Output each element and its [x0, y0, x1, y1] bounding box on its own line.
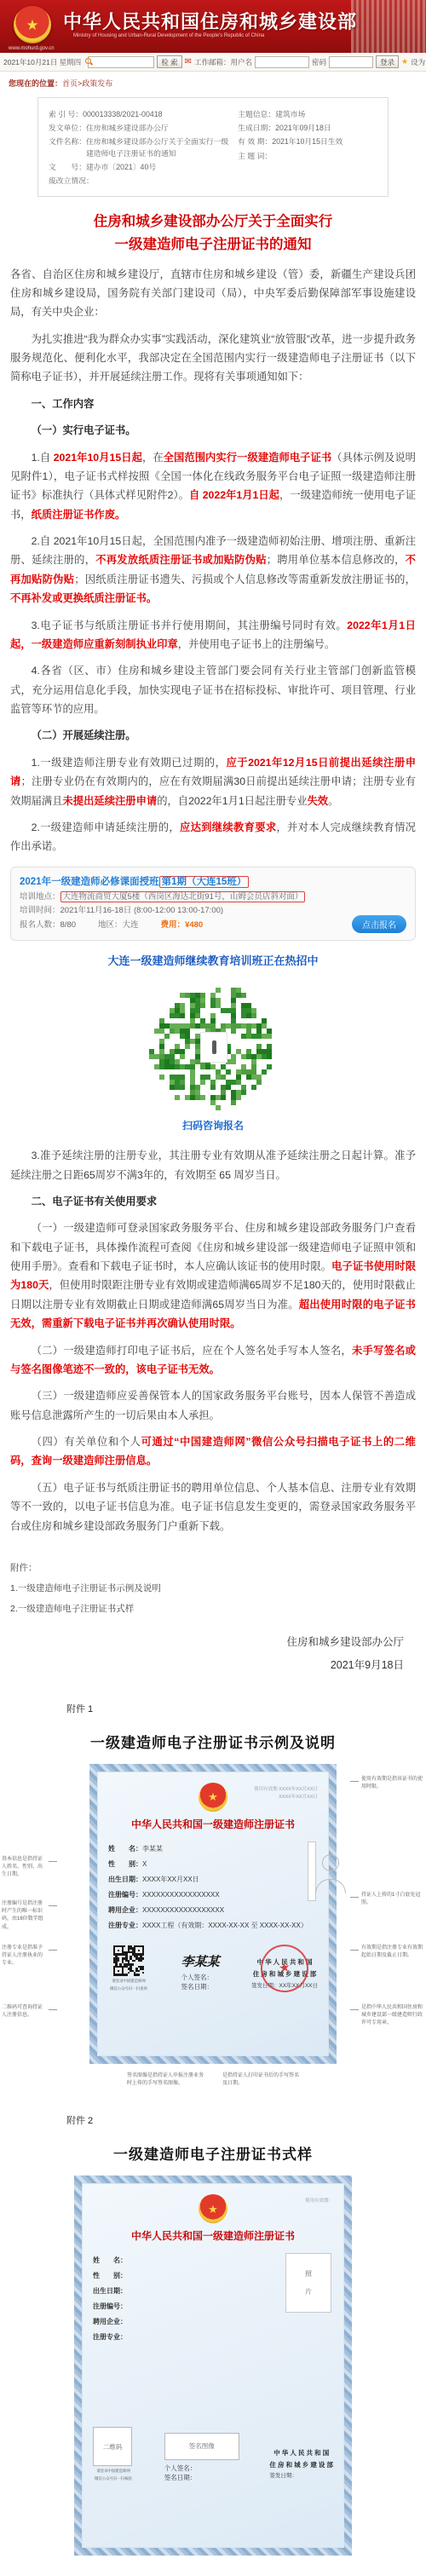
cert2-qr-block: 二维码 请登录中国建造师网 微信公众号扫一扫核验 — [93, 2427, 134, 2481]
set-home-link[interactable]: 设为首页 — [411, 57, 426, 67]
meta-row: 有 效 期：2021年10月15日生效 — [238, 136, 383, 147]
body-text: 的，自2022年1月1日起注册专业 — [157, 795, 307, 807]
attachment-link[interactable]: 2.一级建造师电子注册证书式样 — [10, 1599, 416, 1619]
breadcrumb-path[interactable]: 首页>政策发布 — [62, 79, 112, 88]
body-text: 3.准予延续注册的注册专业，其注册专业有效期从准予延续注册之日起计算。准予延续注… — [10, 1150, 416, 1180]
cert-field-row: 注册编号： — [93, 2299, 127, 2314]
emphasis-text: 未提出延续注册申请 — [63, 795, 158, 807]
ad-time-value: 2021年11月16-18日 (8:00-12:00 13:00-17:00) — [60, 906, 224, 915]
meta-value: 2021年10月15日生效 — [272, 136, 343, 147]
cert-field-label: 姓 名： — [108, 1845, 142, 1853]
body-text: 二、电子证书有关使用要求 — [32, 1196, 158, 1207]
meta-label: 主 题 词： — [238, 151, 272, 162]
body-text: （四）有关单位和个人 — [32, 1436, 141, 1448]
password-input[interactable] — [329, 56, 373, 68]
body-text: 为扎实推进“我为群众办实事”实践活动，深化建筑业“放管服”改革，进一步提升政务服… — [10, 333, 416, 383]
meta-row: 生成日期：2021年09月18日 — [238, 123, 383, 134]
breadcrumb: 您现在的位置：首页>政策发布 — [0, 72, 426, 92]
section-heading: （一）实行电子证书。 — [10, 421, 416, 440]
password-label: 密码 — [312, 57, 326, 67]
signoff-org: 住房和城乡建设部办公厅 — [22, 1631, 404, 1653]
cert-field-label: 注册专业： — [108, 1922, 142, 1929]
body-text: 1.一级建造师注册专业有效期已过期的， — [32, 757, 227, 769]
emphasis-text: 纸质注册证书作废。 — [32, 509, 126, 521]
body-text: （三）一级建造师应妥善保管本人的国家政务服务平台账号，因本人保管不善造成账号信息… — [10, 1390, 416, 1421]
cert-field-row: 性 别： — [93, 2268, 127, 2284]
emphasis-text: 应达到继续教育要求 — [180, 821, 276, 833]
login-button[interactable]: 登录 — [376, 55, 399, 68]
paragraph: 2.自 2021年10月15日起，全国范围内准予一级建造师初始注册、增项注册、重… — [10, 532, 416, 608]
paragraph: 3.准予延续注册的注册专业，其注册专业有效期从准予延续注册之日起计算。准予延续注… — [10, 1146, 416, 1184]
cert1-issuer: ★ 中 华 人 民 共 和 国 住 房 和 城 乡 建 设 部 签发日期：XX年… — [251, 1956, 318, 1991]
cert-field-value: 李某某 — [142, 1845, 163, 1853]
paragraph: 为扎实推进“我为群众办实事”实践活动，深化建筑业“放管服”改革，进一步提升政务服… — [10, 330, 416, 387]
current-date: 2021年10月21日 星期四 — [3, 57, 83, 67]
meta-value: 住房和城乡建设部办公厅 — [86, 123, 169, 134]
cert2-issuer: 中 华 人 民 共 和 国 住 房 和 城 乡 建 设 部 签发日期： — [269, 2447, 333, 2482]
meta-label: 索 引 号： — [49, 109, 83, 120]
cert1-qr-code — [113, 1945, 144, 1976]
document-meta-card: 索 引 号：000013338/2021-00418发文单位：住房和城乡建设部办… — [37, 97, 389, 197]
body-text: （五）电子证书与纸质注册证书的聘用单位信息、个人基本信息、注册专业有效期等不一致… — [10, 1482, 416, 1532]
attachments-label: 附件： — [10, 1558, 416, 1578]
callout-annotation: 基本信息是指持证人姓名、性别、出生日期。 — [2, 1856, 46, 1880]
building-photo — [351, 0, 426, 53]
cert-field-row: 注册编号：XXXXXXXXXXXXXXXXX — [108, 1887, 308, 1903]
cert-field-label: 性 别： — [108, 1860, 142, 1868]
page: ★ 中华人民共和国住房和城乡建设部 Ministry of Housing an… — [0, 0, 426, 2576]
meta-label: 文件名称： — [49, 136, 86, 158]
ad-region-value: 大连 — [123, 920, 139, 930]
paragraph: 各省、自治区住房和城乡建设厅，直辖市住房和城乡建设（管）委，新疆生产建设兵团住房… — [10, 265, 416, 322]
ad-location-label: 培训地点： — [20, 892, 60, 902]
ad-fee-label: 费用： — [161, 920, 186, 930]
meta-row: 废改立情况： — [49, 176, 233, 187]
cert2-signature-image-box: 签名图像 — [164, 2433, 239, 2460]
body-text: ；因纸质注册证书遗失、污损或个人信息修改等需重新发放注册证书的， — [74, 573, 416, 585]
meta-label: 生成日期： — [238, 123, 275, 134]
meta-value: 000013338/2021-00418 — [83, 109, 162, 120]
cert-field-row: 姓 名：李某某 — [108, 1841, 308, 1857]
body-text: 4.各省（区、市）住房和城乡建设主管部门要会同有关行业主管部门创新监管模式，充分… — [10, 665, 416, 715]
document-title: 住房和城乡建设部办公厅关于全面实行 一级建造师电子注册证书的通知 — [12, 210, 414, 256]
cert1-annotations-bottom: 签名图像是指持证人申报注册业务时上传的手写签名图像。是指持证人打印证书后的手写签… — [77, 2072, 349, 2089]
ad-count-label: 报名人数： — [20, 920, 60, 930]
emphasis-text: 自 2022年1月1日起 — [189, 489, 279, 501]
meta-row: 索 引 号：000013338/2021-00418 — [49, 109, 233, 120]
callout-annotation: 注册编号是指注册时产生的唯一标识码，由16位数字组成。 — [2, 1900, 46, 1932]
paragraph: 1.自 2021年10月15日起，在全国范围内实行一级建造师电子证书（具体示例及… — [10, 448, 416, 525]
cert2-qr-box: 二维码 — [93, 2427, 132, 2466]
emphasis-text: 全国范围内实行一级建造师电子证书 — [164, 452, 332, 464]
body-text: 。 — [328, 795, 338, 807]
training-ad-box: 2021年一级建造师必修课面授班第1期（大连15班） 培训地点：大连物流商贸大厦… — [10, 867, 416, 941]
emphasis-text: 不再补发或更换纸质注册证书。 — [10, 592, 157, 604]
attachments-note: 附件： 1.一级建造师电子注册证书示例及说明2.一级建造师电子注册证书式样 — [0, 1558, 426, 1619]
cert-field-label: 出生日期： — [108, 1876, 142, 1883]
body-text: （一）实行电子证书。 — [32, 424, 136, 436]
certificate1-figure: 使用有效期 XXXX年XX月XX日 XXXX年XX月XX日 ★ 中华人民共和国一… — [0, 1764, 426, 2064]
signoff-date: 2021年9月18日 — [22, 1654, 404, 1676]
cert1-photo-placeholder — [308, 1841, 316, 1901]
meta-value: 建办市〔2021〕40号 — [86, 162, 156, 173]
meta-row: 主题信息：建筑市场 — [238, 109, 383, 120]
search-button[interactable]: 检 索 — [157, 55, 181, 68]
cert-field-value: XXXXXXXXXXXXXXXXX — [142, 1891, 220, 1899]
cert2-title: 中华人民共和国一级建造师注册证书 — [93, 2228, 333, 2243]
emphasis-text: 2021年10月15日起 — [54, 452, 142, 464]
site-title: 中华人民共和国住房和城乡建设部 — [63, 8, 357, 34]
cert-field-label: 注册编号： — [108, 1891, 142, 1899]
username-input[interactable] — [255, 56, 309, 68]
cert-field-row: 出生日期：XXXX年XX月XX日 — [108, 1872, 308, 1887]
cert-field-row: 出生日期： — [93, 2284, 127, 2299]
cert-field-label: 注册编号： — [93, 2302, 127, 2310]
mailbox-label: 工作邮箱：用户名 — [194, 57, 252, 67]
cert1-fields: 姓 名：李某某性 别：X出生日期：XXXX年XX月XX日注册编号：XXXXXXX… — [108, 1841, 308, 1933]
search-input[interactable] — [88, 56, 154, 68]
paragraph: （三）一级建造师应妥善保管本人的国家政务服务平台账号，因本人保管不善造成账号信息… — [10, 1386, 416, 1425]
body-text: （二）一级建造师打印电子证书后，应在个人签名处手写本人签名， — [32, 1345, 352, 1357]
body-text: 一、工作内容 — [32, 398, 95, 410]
cert-field-label: 聘用企业： — [93, 2318, 127, 2325]
meta-row: 主 题 词： — [238, 151, 383, 162]
callout-annotation: 签名图像是指持证人申报注册业务时上传的手写签名图像。 — [127, 2072, 204, 2089]
certificate2: 使用有效期： ★ 中华人民共和国一级建造师注册证书 姓 名：性 别：出生日期：注… — [74, 2175, 352, 2556]
attachment2-title: 一级建造师电子注册证书式样 — [0, 2142, 426, 2164]
meta-row: 文件名称：住房和城乡建设部办公厅关于全面实行一级建造师电子注册证书的通知 — [49, 136, 233, 158]
section-heading: （二）开展延续注册。 — [10, 726, 416, 745]
body-text: ，在 — [142, 452, 164, 464]
section-heading: 一、工作内容 — [10, 395, 416, 413]
cert-field-row: 聘用企业： — [93, 2314, 127, 2330]
star-icon: ★ — [401, 58, 408, 66]
cert1-title: 中华人民共和国一级建造师注册证书 — [108, 1817, 318, 1831]
document-title-line1: 住房和城乡建设部办公厅关于全面实行 — [12, 210, 414, 233]
cert1-qr-caption2: 微信公众号扫一扫查询 — [108, 1985, 149, 1991]
paragraph: 1.一级建造师注册专业有效期已过期的，应于2021年12月15日前提出延续注册申… — [10, 753, 416, 810]
cert-field-row: 注册专业：XXXX工程（有效期：XXXX-XX-XX 至 XXXX-XX-XX） — [108, 1918, 308, 1933]
cert-field-label: 性 别： — [93, 2272, 127, 2279]
cert-field-label: 姓 名： — [93, 2256, 127, 2264]
certificate1: 使用有效期 XXXX年XX月XX日 XXXX年XX月XX日 ★ 中华人民共和国一… — [89, 1764, 337, 2064]
body-text: 3.电子证书与纸质注册证书并行使用期间，其注册编号同时有效。 — [32, 620, 348, 631]
cert1-qr-caption1: 请登录中国建造师网 — [108, 1978, 149, 1984]
cert-field-value: X — [142, 1860, 147, 1868]
cert-field-row: 聘用企业：XXXXXXXXXXXXXXXXXX — [108, 1903, 308, 1918]
mail-icon: ✉ — [185, 58, 192, 66]
wechat-qr-code — [149, 983, 277, 1110]
cert-field-row: 注册专业： — [93, 2330, 127, 2345]
meta-value: 住房和城乡建设部办公厅关于全面实行一级建造师电子注册证书的通知 — [86, 136, 233, 158]
toolbar: 2021年10月21日 星期四 检 索 ✉ 工作邮箱：用户名 密码 登录 ★ 设… — [0, 53, 426, 72]
signoff: 住房和城乡建设部办公厅 2021年9月18日 — [0, 1631, 426, 1676]
meta-value: 建筑市场 — [275, 109, 305, 120]
paragraph: （四）有关单位和个人可通过“中国建造师网”微信公众号扫描电子证书上的二维码，查询… — [10, 1432, 416, 1471]
body-text: 2.一级建造师申请延续注册的， — [32, 821, 180, 833]
site-banner: ★ 中华人民共和国住房和城乡建设部 Ministry of Housing an… — [0, 0, 426, 53]
meta-row: 发文单位：住房和城乡建设部办公厅 — [49, 123, 233, 134]
paragraph: 3.电子证书与纸质注册证书并行使用期间，其注册编号同时有效。2022年1月1日起… — [10, 616, 416, 654]
callout-annotation: 持证人上传的1寸白底免冠照。 — [361, 1892, 424, 1908]
emphasis-text: 失效 — [308, 795, 329, 807]
paragraph: （二）一级建造师打印电子证书后，应在个人签名处手写本人签名，未手写签名或与签名图… — [10, 1341, 416, 1380]
signup-button[interactable]: 点击报名 — [352, 915, 406, 933]
ad-count-value: 8/80 — [60, 920, 77, 930]
ad-fee-value: ¥480 — [185, 920, 203, 930]
callout-annotation: 是指中华人民共和国住房和城乡建设部一级建造师行政许可专用章。 — [361, 2004, 424, 2028]
cert-field-label: 注册专业： — [93, 2333, 127, 2341]
certificate2-figure: 使用有效期： ★ 中华人民共和国一级建造师注册证书 姓 名：性 别：出生日期：注… — [0, 2175, 426, 2556]
callout-annotation: 二维码可查询持证人注册信息。 — [2, 2004, 46, 2020]
site-url: www.mohurd.gov.cn — [9, 46, 55, 51]
meta-label: 主题信息： — [238, 109, 275, 120]
cert2-qr-caption1: 请登录中国建造师网 — [93, 2468, 134, 2474]
site-subtitle: Ministry of Housing and Urban-Rural Deve… — [73, 33, 264, 38]
document-body-part1: 各省、自治区住房和城乡建设厅，直辖市住房和城乡建设（管）委，新疆生产建设兵团住房… — [0, 265, 426, 856]
document-body-part2: 3.准予延续注册的注册专业，其注册专业有效期从准予延续注册之日起计算。准予延续注… — [0, 1146, 426, 1536]
cert2-emblem-icon: ★ — [199, 2194, 227, 2223]
body-text: 1.自 — [32, 452, 54, 464]
cert-field-label: 出生日期： — [93, 2287, 127, 2295]
body-text: ；聘用单位基本信息修改的， — [267, 554, 406, 566]
cert2-fields: 姓 名：性 别：出生日期：注册编号：聘用企业：注册专业： — [93, 2253, 127, 2345]
attachments-list: 1.一级建造师电子注册证书示例及说明2.一级建造师电子注册证书式样 — [10, 1578, 416, 1619]
callout-annotation: 注册专业是指准予持证人注册执业的专业。 — [2, 1945, 46, 1968]
qr-center-logo — [200, 1032, 227, 1063]
callout-annotation: 使用有效期是指该证书的使用时限。 — [361, 1776, 424, 1792]
meta-label: 有 效 期： — [238, 136, 272, 147]
callout-annotation: 有效期是指注册专业有效期起始日期及截止日期。 — [361, 1945, 424, 1961]
cert-field-value: XXXX工程（有效期：XXXX-XX-XX 至 XXXX-XX-XX） — [142, 1922, 308, 1929]
paragraph: （五）电子证书与纸质注册证书的聘用单位信息、个人基本信息、注册专业有效期等不一致… — [10, 1478, 416, 1536]
meta-right-column: 主题信息：建筑市场生成日期：2021年09月18日有 效 期：2021年10月1… — [238, 107, 383, 189]
attachment1-label: 附件 1 — [66, 1702, 426, 1715]
ad-location-value: 大连物流商贸大厦5楼（西岗区海达北街91号，山姆会员店斜对面） — [60, 891, 306, 902]
section-heading: 二、电子证书有关使用要求 — [10, 1192, 416, 1211]
paragraph: 2.一级建造师申请延续注册的，应达到继续教育要求，并对本人完成继续教育情况作出承… — [10, 818, 416, 856]
cert2-qr-caption2: 微信公众号扫一扫核验 — [93, 2475, 134, 2481]
meta-label: 发文单位： — [49, 123, 86, 134]
cert1-signature: 李某某 — [181, 1952, 219, 1970]
cert-field-row: 性 别：X — [108, 1857, 308, 1872]
attachment1-title: 一级建造师电子注册证书示例及说明 — [0, 1731, 426, 1752]
meta-left-column: 索 引 号：000013338/2021-00418发文单位：住房和城乡建设部办… — [49, 107, 233, 189]
document-title-line2: 一级建造师电子注册证书的通知 — [12, 233, 414, 256]
cert1-signature-block: 李某某 个人签名： 签名日期： — [181, 1952, 219, 1991]
cert2-signature-block: 签名图像 个人签名： 签名日期： — [164, 2433, 239, 2482]
cert1-emblem-icon: ★ — [199, 1783, 227, 1812]
paragraph: （一）一级建造师可登录国家政务服务平台、住房和城乡建设部政务服务门户查看和下载电… — [10, 1219, 416, 1333]
emphasis-text: 不再发放纸质注册证书或加贴防伪贴 — [95, 554, 267, 566]
callout-annotation: 是指持证人打印证书后的手写签名及日期。 — [222, 2072, 299, 2089]
ad-title-session: 第1期（大连15班） — [159, 876, 250, 888]
cert2-photo-placeholder: 照 片 — [285, 2253, 331, 2313]
qr-caption: 扫码咨询报名 — [10, 1117, 416, 1136]
meta-row: 文 号：建办市〔2021〕40号 — [49, 162, 233, 173]
cert-field-value: XXXXXXXXXXXXXXXXXX — [142, 1906, 224, 1914]
ad-time-label: 培训时间： — [20, 906, 60, 915]
ad-region-label: 地区： — [98, 920, 123, 930]
body-text: （二）开展延续注册。 — [32, 729, 136, 741]
meta-value: 2021年09月18日 — [275, 123, 331, 134]
promo-heading: 大连一级建造师继续教育培训班正在热招中 — [10, 951, 416, 971]
cert-field-value: XXXX年XX月XX日 — [142, 1876, 199, 1883]
cert1-validity: 使用有效期 XXXX年XX月XX日 XXXX年XX月XX日 — [254, 1786, 318, 1802]
attachment-link[interactable]: 1.一级建造师电子注册证书示例及说明 — [10, 1578, 416, 1599]
meta-label: 废改立情况： — [49, 176, 94, 187]
body-text: 各省、自治区住房和城乡建设厅，直辖市住房和城乡建设（管）委，新疆生产建设兵团住房… — [10, 268, 416, 319]
meta-label: 文 号： — [49, 162, 86, 173]
cert-field-row: 姓 名： — [93, 2253, 127, 2268]
cert1-qr-block: 请登录中国建造师网 微信公众号扫一扫查询 — [108, 1945, 149, 1991]
attachment2-label: 附件 2 — [66, 2113, 426, 2127]
paragraph: 4.各省（区、市）住房和城乡建设主管部门要会同有关行业主管部门创新监管模式，充分… — [10, 661, 416, 718]
breadcrumb-label: 您现在的位置： — [9, 79, 62, 88]
ad-title-link[interactable]: 2021年一级建造师必修课面授班 — [20, 877, 159, 887]
cert2-validity: 使用有效期： — [305, 2198, 333, 2205]
cert-field-label: 聘用企业： — [108, 1906, 142, 1914]
national-emblem-icon: ★ — [14, 6, 51, 43]
body-text: ，并使用电子证书上的注册编号。 — [178, 638, 335, 650]
